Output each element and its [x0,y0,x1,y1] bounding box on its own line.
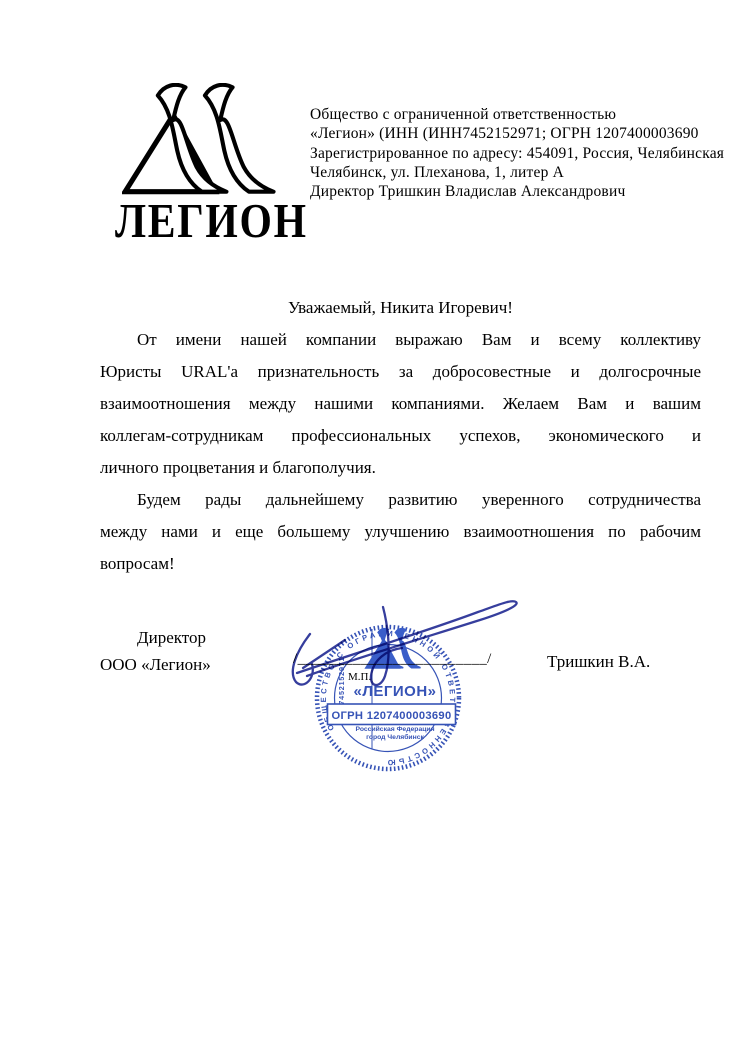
body-line: между нами и еще большему улучшению взаи… [100,516,701,548]
body-line: личного процветания и благополучия. [100,452,701,484]
body-line: Юристы URAL'а признательность за добросо… [100,356,701,388]
logo-bands [158,85,274,192]
company-info-line: Директор Тришкин Владислав Александрович [310,182,736,201]
company-info-line: Общество с ограниченной ответственностью [310,105,736,124]
body-line: От имени нашей компании выражаю Вам и вс… [100,324,701,356]
salutation: Уважаемый, Никита Игоревич! [100,292,701,324]
company-logo: ЛЕГИОН [115,83,305,245]
brand-wordmark: ЛЕГИОН [115,196,277,245]
letter-body-block: Уважаемый, Никита Игоревич! От имени наш… [100,292,701,580]
letter-page: ЛЕГИОН Общество с ограниченной ответстве… [0,0,736,1042]
signatory-company: ООО «Легион» [100,651,211,679]
body-line: коллегам-сотрудникам профессиональных ус… [100,420,701,452]
company-info-line: Челябинск, ул. Плеханова, 1, литер А [310,163,736,182]
body-line: взаимоотношения между нашими компаниями.… [100,388,701,420]
legion-logo-icon [122,83,294,195]
handwritten-signature-icon [283,592,523,692]
stamp-city-text: город Челябинск [366,733,424,741]
company-info-line: «Легион» (ИНН (ИНН7452152971; ОГРН 12074… [310,124,736,143]
stamp-ogrn-text: ОГРН 1207400003690 [332,710,452,722]
body-line: Будем рады дальнейшему развитию уверенно… [100,484,701,516]
signatory-title: Директор [137,624,206,652]
letter-body: От имени нашей компании выражаю Вам и вс… [100,324,701,580]
signatory-name: Тришкин В.А. [547,652,650,672]
company-info-line: Зарегистрированное по адресу: 454091, Ро… [310,144,736,163]
company-info: Общество с ограниченной ответственностью… [310,105,736,201]
body-line: вопросам! [100,548,701,580]
stamp-country-text: Российская Федерация [355,725,434,733]
